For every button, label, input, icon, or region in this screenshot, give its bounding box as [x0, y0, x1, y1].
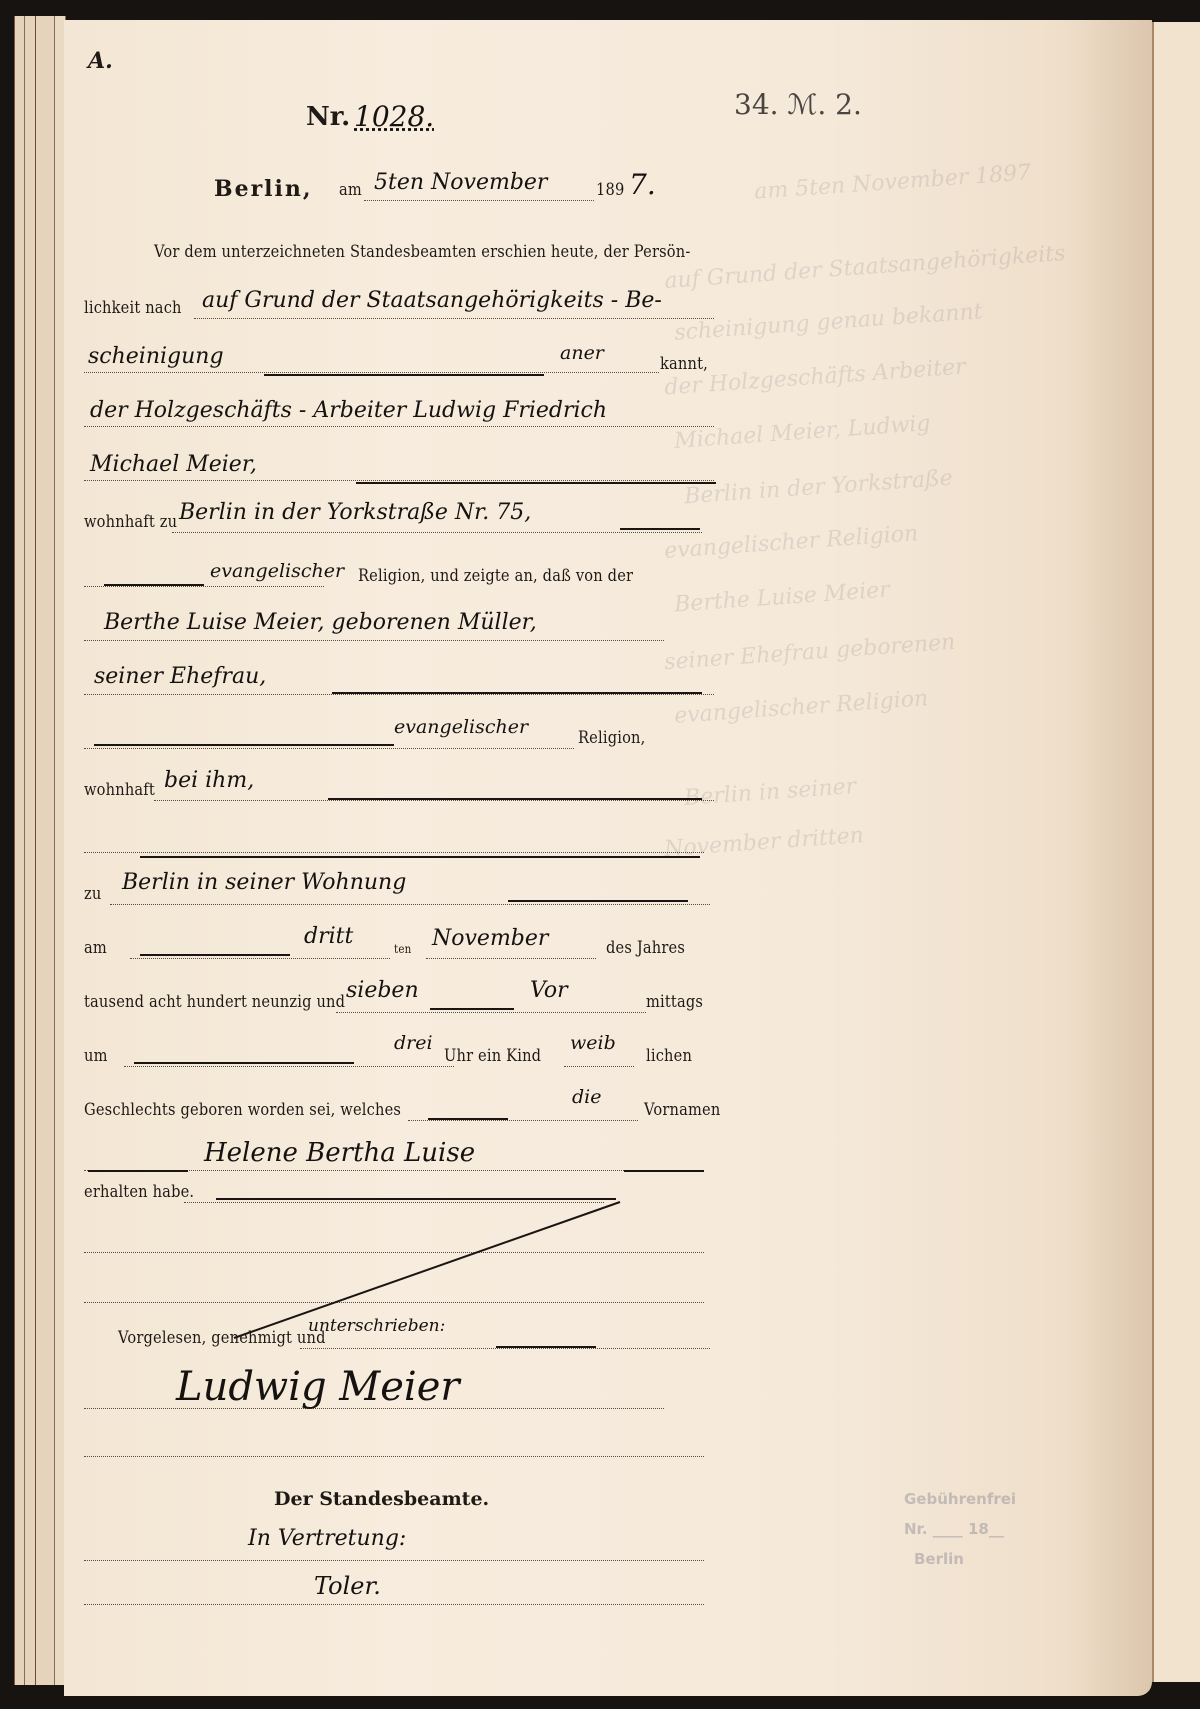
dotted-line	[84, 480, 714, 481]
dotted-line	[184, 1202, 604, 1203]
fill-rule	[620, 528, 700, 530]
handwritten-entry: Berlin in seiner Wohnung	[122, 870, 406, 895]
print-text: Religion,	[578, 728, 645, 748]
bleed-through-text: auf Grund der Staatsangehörigkeits	[664, 241, 1067, 294]
dotted-line	[84, 1252, 704, 1253]
dotted-line	[124, 1066, 454, 1067]
dotted-line	[84, 1560, 704, 1561]
fill-rule	[134, 1062, 354, 1064]
dotted-line	[84, 1302, 704, 1303]
fill-rule	[508, 900, 688, 902]
dotted-line	[84, 426, 714, 427]
print-text: Religion, und zeigte an, daß von der	[358, 566, 633, 586]
print-text: zu	[84, 884, 101, 904]
registration-date: 5ten November	[374, 170, 547, 195]
print-text: wohnhaft	[84, 780, 155, 800]
print-text: lichkeit nach	[84, 298, 182, 318]
handwritten-entry: unterschrieben:	[308, 1316, 445, 1336]
handwritten-entry: die	[572, 1086, 601, 1108]
dotted-line	[110, 904, 710, 905]
handwritten-entry: seiner Ehefrau,	[94, 664, 266, 689]
fill-rule	[624, 1170, 704, 1172]
year-suffix: 7.	[629, 168, 656, 201]
dotted-line	[84, 372, 659, 373]
dotted-line	[84, 586, 324, 587]
bleed-through-text: Berlin in seiner	[683, 774, 857, 811]
dotted-line	[154, 800, 714, 801]
dotted-line	[300, 1348, 710, 1349]
bleed-through-text: Berthe Luise Meier	[673, 577, 890, 617]
registrar-signature-line2: Toler.	[314, 1572, 381, 1600]
dotted-line	[84, 748, 574, 749]
declarant-signature: Ludwig Meier	[176, 1364, 460, 1410]
bleed-through-text: evangelischer Religion	[663, 521, 919, 564]
bleed-through-text: Berlin in der Yorkstraße	[683, 466, 953, 510]
print-text: kannt,	[660, 354, 708, 374]
handwritten-entry: Michael Meier,	[90, 452, 257, 477]
handwritten-entry: weib	[570, 1032, 616, 1054]
handwritten-entry: dritt	[304, 924, 353, 949]
fill-rule	[88, 1170, 188, 1172]
dotted-line	[172, 532, 702, 533]
print-text: Vornamen	[644, 1100, 720, 1120]
print-text: mittags	[646, 992, 703, 1012]
handwritten-entry: drei	[394, 1032, 433, 1054]
handwritten-entry: bei ihm,	[164, 768, 254, 793]
bleed-through-text: evangelischer Religion	[673, 686, 929, 729]
dotted-line	[84, 694, 714, 695]
fill-rule	[328, 798, 702, 800]
fill-rule	[332, 692, 702, 694]
dotted-line	[336, 1012, 646, 1013]
form-letter: A.	[88, 48, 113, 74]
handwritten-entry: der Holzgeschäfts - Arbeiter Ludwig Frie…	[90, 398, 607, 423]
fill-rule	[140, 856, 700, 858]
fill-rule	[428, 1118, 508, 1120]
handwritten-entry: evangelischer	[394, 716, 528, 738]
registrar-title: Der Standesbeamte.	[274, 1488, 489, 1510]
place-am: am	[339, 180, 362, 200]
bleed-through-text: am 5ten November 1897	[753, 160, 1031, 204]
dotted-line	[194, 318, 714, 319]
handwritten-entry: auf Grund der Staatsangehörigkeits - Be-	[202, 288, 662, 313]
handwritten-entry: Vor	[530, 978, 568, 1003]
strike-through-line	[64, 20, 1152, 1696]
registrar-signature-line1: In Vertretung:	[248, 1526, 406, 1551]
handwritten-entry: scheinigung	[88, 344, 224, 369]
print-text: ten	[394, 942, 411, 956]
register-number: 1028.	[354, 100, 434, 133]
dotted-line	[364, 200, 594, 201]
fill-rule	[104, 584, 204, 586]
fill-rule	[216, 1198, 616, 1200]
print-text: Uhr ein Kind	[444, 1046, 541, 1066]
bleed-through-text: Michael Meier, Ludwig	[673, 411, 931, 454]
bleed-through-stamp: Berlin	[914, 1550, 964, 1568]
facing-page-edge	[1152, 22, 1200, 1682]
fill-rule	[94, 744, 394, 746]
place-city: Berlin,	[214, 176, 313, 202]
bleed-through-text: seiner Ehefrau geborenen	[663, 630, 956, 675]
intro-text: Vor dem unterzeichneten Standesbeamten e…	[154, 242, 690, 262]
fill-rule	[356, 482, 716, 484]
bleed-through-text: scheinigung genau bekannt	[674, 299, 984, 345]
bleed-through-stamp: Nr. ____ 18__	[904, 1520, 1004, 1538]
print-text: tausend acht hundert neunzig und	[84, 992, 345, 1012]
year-prefix: 189	[596, 180, 624, 200]
bleed-through-text: der Holzgeschäfts Arbeiter	[663, 355, 966, 401]
register-number-label: Nr.	[306, 102, 350, 132]
child-names: Helene Bertha Luise	[204, 1138, 475, 1168]
dotted-line	[426, 958, 596, 959]
fill-rule	[140, 954, 290, 956]
handwritten-entry: Berthe Luise Meier, geborenen Müller,	[104, 610, 537, 635]
print-text: lichen	[646, 1046, 692, 1066]
handwritten-entry: sieben	[346, 978, 419, 1003]
print-text: um	[84, 1046, 108, 1066]
fill-rule	[430, 1008, 514, 1010]
print-text: am	[84, 938, 107, 958]
dotted-line	[408, 1120, 638, 1121]
fill-rule	[264, 374, 544, 376]
bleed-through-stamp: Gebührenfrei	[904, 1490, 1016, 1508]
handwritten-entry: Berlin in der Yorkstraße Nr. 75,	[179, 500, 531, 525]
dotted-line	[130, 958, 390, 959]
fill-rule	[496, 1346, 596, 1348]
handwritten-entry: November	[432, 926, 548, 951]
margin-reference: 34. ℳ. 2.	[734, 88, 862, 121]
print-text: erhalten habe.	[84, 1182, 194, 1202]
dotted-line	[84, 852, 704, 853]
print-text: wohnhaft zu	[84, 512, 177, 532]
approval-text: Vorgelesen, genehmigt und	[118, 1328, 326, 1348]
dotted-line	[84, 1604, 704, 1605]
dotted-line	[564, 1066, 634, 1067]
register-page: am 5ten November 1897 auf Grund der Staa…	[64, 20, 1152, 1696]
dotted-line	[84, 1456, 704, 1457]
print-text: Geschlechts geboren worden sei, welches	[84, 1100, 401, 1120]
handwritten-entry: aner	[560, 342, 604, 364]
handwritten-entry: evangelischer	[210, 560, 344, 582]
print-text: des Jahres	[606, 938, 685, 958]
dotted-line	[84, 640, 664, 641]
